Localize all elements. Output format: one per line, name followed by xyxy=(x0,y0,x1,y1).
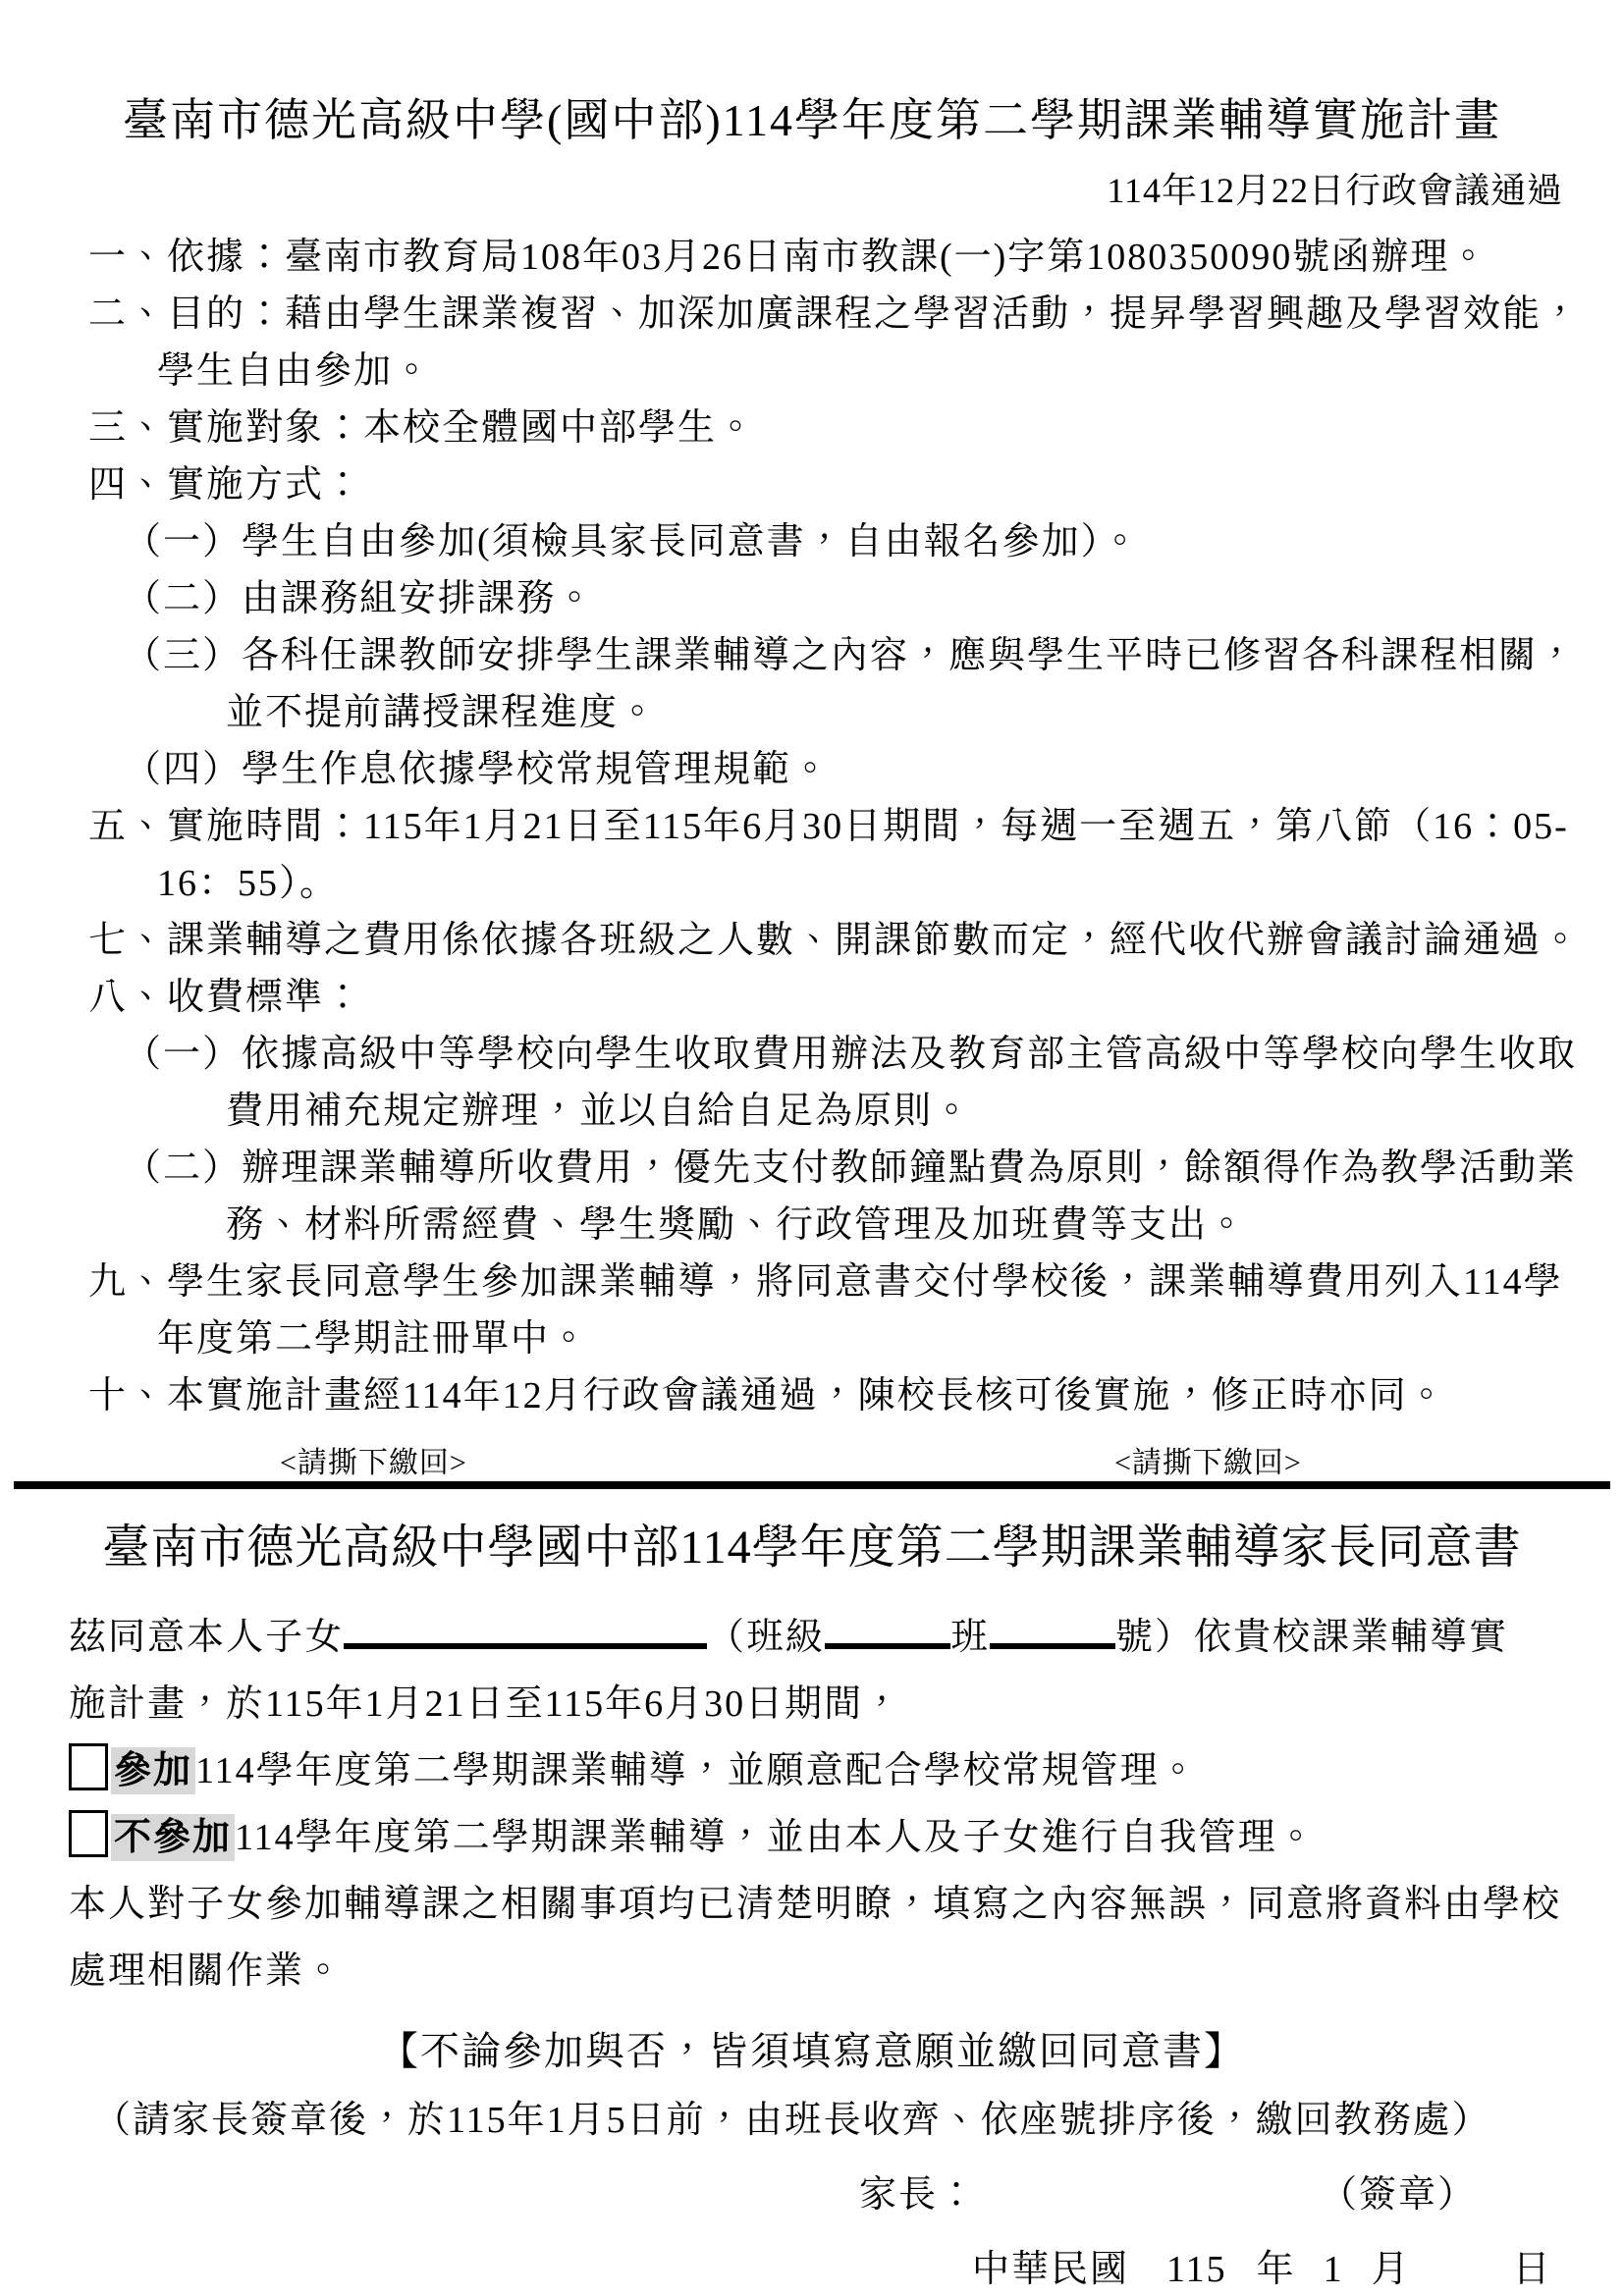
option-decline: 不參加114學年度第二學期課業輔導，並由本人及子女進行自我管理。 xyxy=(69,1804,1555,1871)
class-open-label: （班級 xyxy=(707,1617,825,1658)
roc-year-unit: 年 xyxy=(1257,2240,1296,2296)
document-page: 臺南市德光高級中學(國中部)114學年度第二學期課業輔導實施計畫 114年12月… xyxy=(0,0,1624,2296)
participate-keyword: 參加 xyxy=(111,1747,195,1794)
tear-divider xyxy=(14,1481,1610,1489)
consent-intro-line1: 茲同意本人子女（班級班號）依貴校課業輔導實 xyxy=(69,1602,1555,1671)
decline-text: 114學年度第二學期課業輔導，並由本人及子女進行自我管理。 xyxy=(235,1817,1317,1858)
roc-month: 1 xyxy=(1324,2240,1344,2296)
plan-line: 費用補充規定辦理，並以自給自足為原則。 xyxy=(0,1083,1624,1140)
plan-line: （三）各科任課教師安排學生課業輔導之內容，應與學生平時已修習各科課程相關， xyxy=(0,627,1624,684)
plan-line: 務、材料所需經費、學生獎勵、行政管理及加班費等支出。 xyxy=(0,1197,1624,1254)
tear-off-label-right: <請撕下繳回> xyxy=(1114,1438,1302,1481)
intro-prefix: 茲同意本人子女 xyxy=(69,1617,344,1658)
plan-line: 16：55）。 xyxy=(0,855,1624,912)
statement-line1: 本人對子女參加輔導課之相關事項均已清楚明瞭，填寫之內容無誤，同意將資料由學校 xyxy=(69,1871,1555,1938)
option-participate: 參加114學年度第二學期課業輔導，並願意配合學校常規管理。 xyxy=(69,1737,1555,1804)
participate-text: 114學年度第二學期課業輔導，並願意配合學校常規管理。 xyxy=(195,1750,1199,1791)
plan-line: 七、課業輔導之費用係依據各班級之人數、開課節數而定，經代收代辦會議討論通過。 xyxy=(0,912,1624,969)
return-note: （請家長簽章後，於115年1月5日前，由班長收齊、依座號排序後，繳回教務處） xyxy=(69,2087,1555,2154)
plan-line: （四）學生作息依據學校常規管理規範。 xyxy=(0,741,1624,798)
plan-line: 三、實施對象：本校全體國中部學生。 xyxy=(0,400,1624,456)
roc-era: 中華民國 xyxy=(972,2240,1129,2296)
plan-line: （一）依據高級中等學校向學生收取費用辦法及教育部主管高級中等學校向學生收取 xyxy=(0,1026,1624,1083)
plan-line: 二、目的：藉由學生課業複習、加深加廣課程之學習活動，提昇學習興趣及學習效能， xyxy=(0,286,1624,343)
tear-off-row: <請撕下繳回> <請撕下繳回> xyxy=(0,1438,1624,1481)
plan-line: （一）學生自由參加(須檢具家長同意書，自由報名參加）。 xyxy=(0,513,1624,570)
plan-line: 一、依據：臺南市教育局108年03月26日南市教課(一)字第1080350090… xyxy=(0,229,1624,286)
plan-line: 十、本實施計畫經114年12月行政會議通過，陳校長核可後實施，修正時亦同。 xyxy=(0,1367,1624,1424)
statement-line2: 處理相關作業。 xyxy=(69,1938,1555,2004)
parent-label: 家長： xyxy=(859,2163,977,2226)
approval-note: 114年12月22日行政會議通過 xyxy=(0,163,1624,213)
signature-row: 家長： （簽章） xyxy=(69,2163,1555,2226)
seal-label: （簽章） xyxy=(1320,2163,1477,2226)
plan-line: 五、實施時間：115年1月21日至115年6月30日期間，每週一至週五，第八節（… xyxy=(0,798,1624,855)
roc-date-row: 中華民國 115 年 1 月 日 xyxy=(972,2240,1555,2296)
consent-intro-line2: 施計畫，於115年1月21日至115年6月30日期間， xyxy=(69,1671,1555,1737)
plan-line: 八、收費標準： xyxy=(0,969,1624,1026)
plan-line: 並不提前講授課程進度。 xyxy=(0,684,1624,741)
plan-body: 一、依據：臺南市教育局108年03月26日南市教課(一)字第1080350090… xyxy=(0,229,1624,1424)
plan-line: 學生自由參加。 xyxy=(0,343,1624,400)
plan-line: 年度第二學期註冊單中。 xyxy=(0,1310,1624,1367)
consent-title: 臺南市德光高級中學國中部114學年度第二學期課業輔導家長同意書 xyxy=(0,1509,1624,1576)
student-name-blank[interactable] xyxy=(344,1602,707,1649)
decline-checkbox[interactable] xyxy=(69,1810,108,1857)
class-number-blank[interactable] xyxy=(825,1602,950,1649)
roc-year: 115 xyxy=(1166,2240,1227,2296)
consent-body: 茲同意本人子女（班級班號）依貴校課業輔導實 施計畫，於115年1月21日至115… xyxy=(0,1602,1624,2296)
decline-keyword: 不參加 xyxy=(111,1814,235,1861)
plan-title: 臺南市德光高級中學(國中部)114學年度第二學期課業輔導實施計畫 xyxy=(0,84,1624,149)
notice-line: 【不論參加與否，皆須填寫意願並繳回同意書】 xyxy=(69,2020,1555,2083)
class-mid-label: 班 xyxy=(950,1617,990,1658)
plan-line: （二）由課務組安排課務。 xyxy=(0,570,1624,627)
tear-off-label-left: <請撕下繳回> xyxy=(280,1438,467,1481)
roc-month-unit: 月 xyxy=(1372,2240,1411,2296)
plan-line: 四、實施方式： xyxy=(0,456,1624,513)
plan-line: 九、學生家長同意學生參加課業輔導，將同意書交付學校後，課業輔導費用列入114學 xyxy=(0,1254,1624,1310)
participate-checkbox[interactable] xyxy=(69,1743,108,1790)
seat-number-blank[interactable] xyxy=(990,1602,1115,1649)
class-close-label: 號）依貴校課業輔導實 xyxy=(1115,1617,1508,1658)
plan-line: （二）辦理課業輔導所收費用，優先支付教師鐘點費為原則，餘額得作為教學活動業 xyxy=(0,1140,1624,1197)
roc-day-unit: 日 xyxy=(1513,2240,1552,2296)
